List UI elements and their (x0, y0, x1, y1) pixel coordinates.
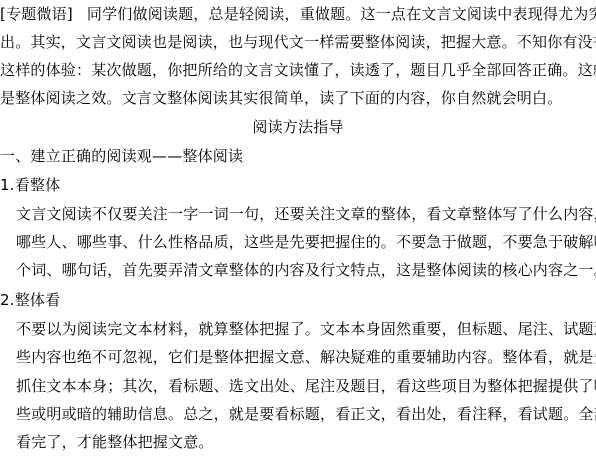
item-2-line-5: 看完了，才能整体把握文意。 (16, 428, 214, 456)
intro-text: 同学们做阅读题，总是轻阅读，重做题。这一点在文言文阅读中表现得尤为突 (87, 5, 596, 23)
intro-line-2: 出。其实，文言文阅读也是阅读，也与现代文一样需要整体阅读，把握大意。不知你有没有 (0, 28, 596, 56)
document-page: [专题微语]同学们做阅读题，总是轻阅读，重做题。这一点在文言文阅读中表现得尤为突… (0, 0, 596, 468)
item-title-look-whole: 1.看整体 (0, 171, 60, 199)
item-2-line-2: 些内容也绝不可忽视，它们是整体把握文意、解决疑难的重要辅助内容。整体看，就是先 (16, 343, 596, 371)
intro-line-1: [专题微语]同学们做阅读题，总是轻阅读，重做题。这一点在文言文阅读中表现得尤为突 (0, 0, 596, 28)
item-1-line-3: 个词、哪句话，首先要弄清文章整体的内容及行文特点，这是整体阅读的核心内容之一。 (16, 256, 596, 284)
item-1-line-2: 哪些人、哪些事、什么性格品质，这些是先要把握住的。不要急于做题，不要急于破解哪 (16, 228, 596, 256)
item-2-line-1: 不要以为阅读完文本材料，就算整体把握了。文本本身固然重要，但标题、尾注、试题这 (16, 315, 596, 343)
section-heading: 一、建立正确的阅读观——整体阅读 (0, 142, 243, 170)
item-1-line-1: 文言文阅读不仅要关注一字一词一句，还要关注文章的整体，看文章整体写了什么内容， (16, 200, 596, 228)
item-title-whole-look: 2.整体看 (0, 286, 60, 314)
item-2-line-3: 抓住文本本身；其次，看标题、选文出处、尾注及题目，看这些项目为整体把握提供了哪 (16, 372, 596, 400)
item-2-line-4: 些或明或暗的辅助信息。总之，就是要看标题，看正文，看出处，看注释，看试题。全部 (16, 400, 596, 428)
intro-line-4: 是整体阅读之效。文言文整体阅读其实很简单，读了下面的内容，你自然就会明白。 (0, 84, 562, 112)
intro-line-3: 这样的体验：某次做题，你把所给的文言文读懂了，读透了，题目几乎全部回答正确。这就 (0, 56, 596, 84)
topic-tag: [专题微语] (0, 5, 73, 23)
guide-title: 阅读方法指导 (0, 113, 596, 141)
